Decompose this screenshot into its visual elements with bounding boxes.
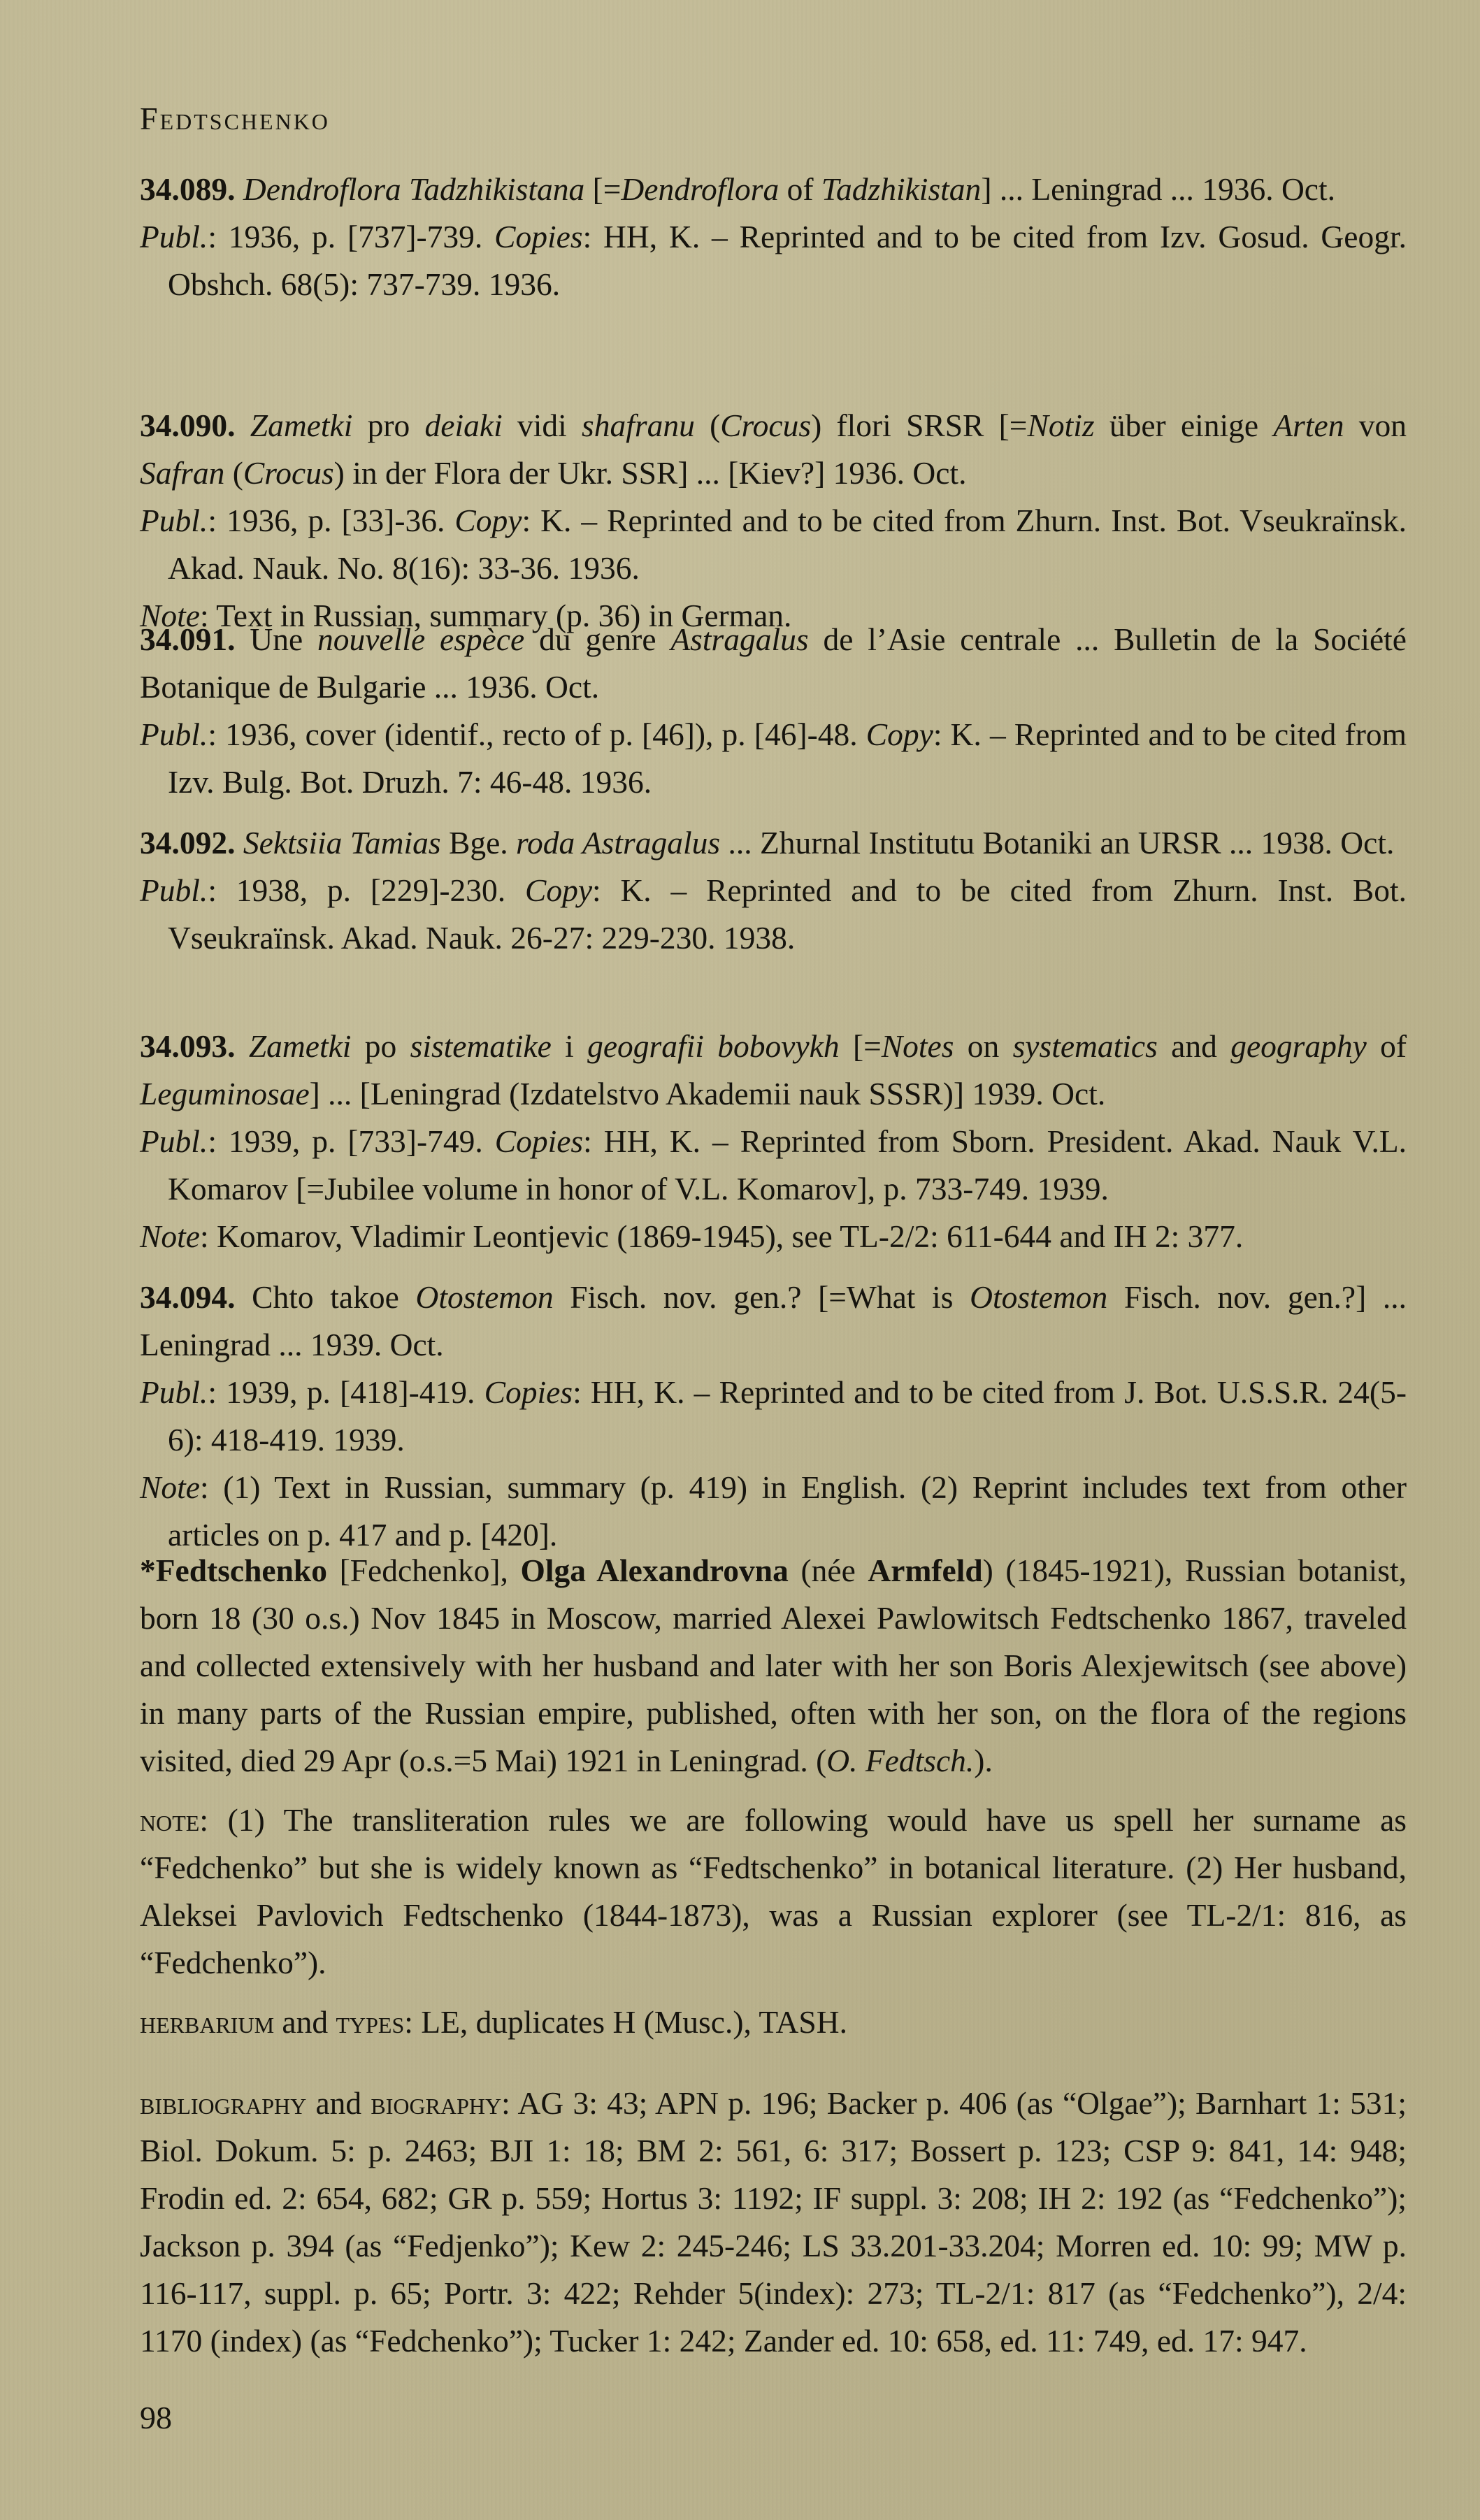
entry-34-091: 34.091. Une nouvelle espèce du genre Ast…: [140, 616, 1407, 806]
entry-number: 34.089.: [140, 171, 236, 207]
entry-publication: Publ.: 1936, cover (identif., recto of p…: [140, 711, 1407, 806]
page-number: 98: [140, 2399, 172, 2436]
running-head: Fedtschenko: [140, 100, 330, 137]
entry-title-text: Zametki pro deiaki vidi shafranu (Crocus…: [140, 408, 1407, 491]
note-section: Note: (1) The transliteration rules we a…: [140, 1797, 1407, 1987]
bibliography-section: Bibliography and Biography: AG 3: 43; AP…: [140, 2080, 1407, 2365]
entry-34-090: 34.090. Zametki pro deiaki vidi shafranu…: [140, 402, 1407, 640]
herbarium-section: Herbarium and Types: LE, duplicates H (M…: [140, 1999, 1407, 2046]
entry-title-text: Zametki po sistematike i geografii bobov…: [140, 1028, 1407, 1111]
entry-publication: Publ.: 1938, p. [229]-230. Copy: K. – Re…: [140, 867, 1407, 962]
entry-title-text: Dendroflora Tadzhikistana [=Dendroflora …: [243, 171, 1335, 207]
entry-number: 34.094.: [140, 1279, 236, 1315]
entry-title: 34.094. Chto takoe Otostemon Fisch. nov.…: [140, 1274, 1407, 1369]
entry-34-093: 34.093. Zametki po sistematike i geograf…: [140, 1023, 1407, 1260]
biography-text: *Fedtschenko [Fedchenko], Olga Alexandro…: [140, 1547, 1407, 1785]
entry-title-text: Une nouvelle espèce du genre Astragalus …: [140, 621, 1407, 705]
entry-number: 34.091.: [140, 621, 236, 657]
entry-publication: Publ.: 1939, p. [418]-419. Copies: HH, K…: [140, 1369, 1407, 1464]
entry-34-092: 34.092. Sektsiia Tamias Bge. roda Astrag…: [140, 819, 1407, 962]
entry-title-text: Sektsiia Tamias Bge. roda Astragalus ...…: [243, 825, 1395, 861]
bibliography-text: Bibliography and Biography: AG 3: 43; AP…: [140, 2080, 1407, 2365]
entry-number: 34.090.: [140, 408, 236, 443]
entry-title-text: Chto takoe Otostemon Fisch. nov. gen.? […: [140, 1279, 1407, 1362]
entry-publication: Publ.: 1936, p. [737]-739. Copies: HH, K…: [140, 213, 1407, 308]
entry-number: 34.092.: [140, 825, 236, 861]
herbarium-text: Herbarium and Types: LE, duplicates H (M…: [140, 1999, 1407, 2046]
biography-paragraph: *Fedtschenko [Fedchenko], Olga Alexandro…: [140, 1547, 1407, 1785]
entry-title: 34.093. Zametki po sistematike i geograf…: [140, 1023, 1407, 1118]
entry-note: Note: (1) Text in Russian, summary (p. 4…: [140, 1464, 1407, 1559]
entry-34-094: 34.094. Chto takoe Otostemon Fisch. nov.…: [140, 1274, 1407, 1559]
note-text: Note: (1) The transliteration rules we a…: [140, 1797, 1407, 1987]
entry-note: Note: Komarov, Vladimir Leontjevic (1869…: [140, 1213, 1407, 1260]
entry-title: 34.092. Sektsiia Tamias Bge. roda Astrag…: [140, 819, 1407, 867]
entry-publication: Publ.: 1936, p. [33]-36. Copy: K. – Repr…: [140, 497, 1407, 592]
entry-34-089: 34.089. Dendroflora Tadzhikistana [=Dend…: [140, 166, 1407, 308]
entry-number: 34.093.: [140, 1028, 236, 1064]
entry-title: 34.090. Zametki pro deiaki vidi shafranu…: [140, 402, 1407, 497]
entry-publication: Publ.: 1939, p. [733]-749. Copies: HH, K…: [140, 1118, 1407, 1213]
entry-title: 34.089. Dendroflora Tadzhikistana [=Dend…: [140, 166, 1407, 213]
entry-title: 34.091. Une nouvelle espèce du genre Ast…: [140, 616, 1407, 711]
